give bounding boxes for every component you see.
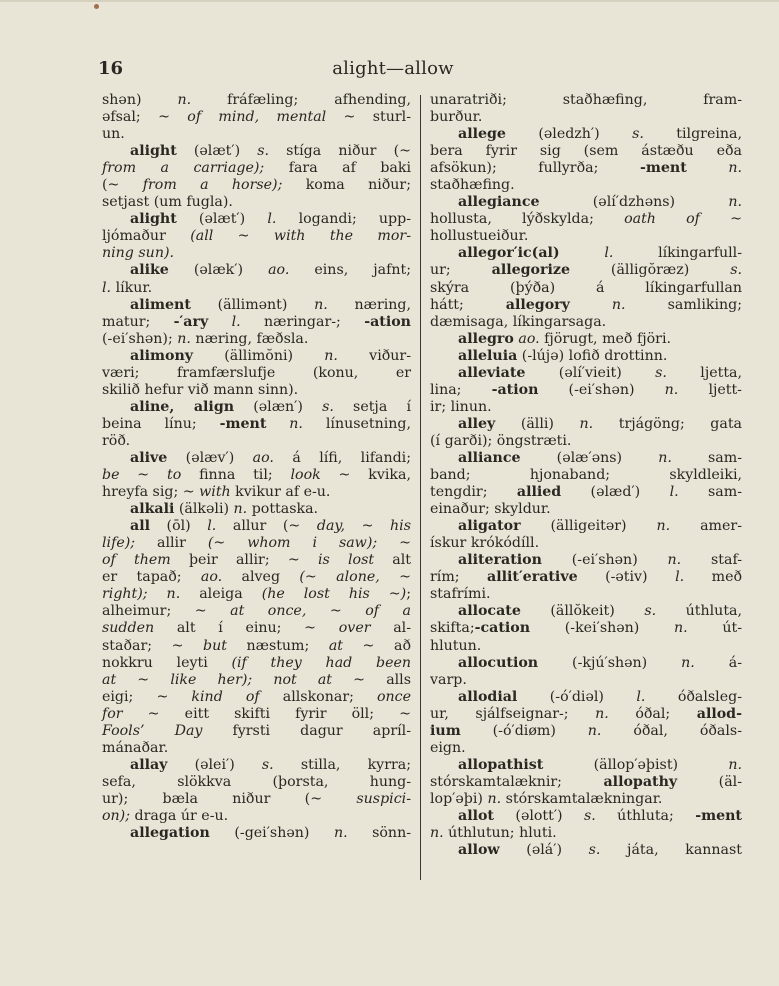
text-segment: staðar; bbox=[102, 638, 172, 654]
text-segment: fráfæling; afhending, bbox=[191, 92, 411, 108]
italic-text: n. bbox=[324, 348, 338, 364]
headword: alkali bbox=[130, 501, 174, 517]
text-line: allay (əlei′) s. stilla, kyrra; bbox=[102, 757, 411, 774]
text-segment: næstum; bbox=[227, 638, 329, 654]
text-line: röð. bbox=[102, 433, 411, 450]
text-segment: (-ei′shən) bbox=[542, 552, 668, 568]
headword: alive bbox=[130, 450, 167, 466]
text-segment: lina; bbox=[430, 382, 492, 398]
text-segment: (əlæv′) bbox=[167, 450, 252, 466]
text-segment: (ällop′əþist) bbox=[543, 757, 728, 773]
headword: -ment bbox=[640, 160, 687, 176]
text-segment: væri; framfærslufje (konu, er bbox=[102, 365, 411, 381]
text-line: skifta;-cation (-kei′shən) n. út- bbox=[430, 620, 742, 637]
text-segment: allskonar; bbox=[260, 689, 377, 705]
headword: alliance bbox=[458, 450, 521, 466]
text-line: setjast (um fugla). bbox=[102, 194, 411, 211]
text-segment: beina línu; bbox=[102, 416, 220, 432]
text-line: allot (əlott′) s. úthluta; -ment bbox=[430, 808, 742, 825]
text-line: hollustueiður. bbox=[430, 228, 742, 245]
text-segment: (əlæd′) bbox=[561, 484, 669, 500]
italic-text: n. bbox=[177, 331, 191, 347]
text-segment: lop′əþi) bbox=[430, 791, 487, 807]
italic-text: s. bbox=[655, 365, 667, 381]
text-line: eign. bbox=[430, 740, 742, 757]
headword: allod- bbox=[697, 706, 742, 722]
text-line: all (ōl) l. allur (~ day, ~ his bbox=[102, 518, 411, 535]
italic-text: be ~ to bbox=[102, 467, 181, 483]
text-segment: sefa, slökkva (þorsta, hung- bbox=[102, 774, 411, 790]
text-segment: setjast (um fugla). bbox=[102, 194, 233, 210]
italic-text: l. bbox=[670, 484, 679, 500]
text-segment: ískur krókódíll. bbox=[430, 535, 539, 551]
text-segment: stafrími. bbox=[430, 586, 491, 602]
text-segment: (-ei′shən) bbox=[538, 382, 664, 398]
text-segment: nokkru leyti bbox=[102, 655, 231, 671]
text-segment: næringar-; bbox=[241, 314, 365, 330]
text-segment: er tapað; bbox=[102, 569, 201, 585]
text-line: alleviate (əlí′vieit) s. ljetta, bbox=[430, 365, 742, 382]
text-segment: þeir allir; bbox=[171, 552, 288, 568]
text-segment: fara af baki bbox=[264, 160, 411, 176]
italic-text: look ~ bbox=[291, 467, 351, 483]
text-line: at ~ like her); not at ~ alls bbox=[102, 672, 411, 689]
headword: allegation bbox=[130, 825, 210, 841]
text-line: for ~ eitt skifti fyrir öll; ~ bbox=[102, 706, 411, 723]
headword: alight bbox=[130, 211, 177, 227]
italic-text: s. bbox=[589, 842, 601, 858]
text-segment: (-ó′diøm) bbox=[461, 723, 588, 739]
italic-text: on); bbox=[102, 808, 130, 824]
italic-text: right); n. bbox=[102, 586, 180, 602]
text-line: be ~ to finna til; look ~ kvika, bbox=[102, 467, 411, 484]
text-line: hreyfa sig; ~ with kvikur af e-u. bbox=[102, 484, 411, 501]
text-segment: kvika, bbox=[350, 467, 411, 483]
text-line: (~ from a horse); koma niður; bbox=[102, 177, 411, 194]
text-segment: ur, sjálfseignar-; bbox=[430, 706, 595, 722]
italic-text: ao. bbox=[268, 262, 289, 278]
text-segment: ljómaður bbox=[102, 228, 190, 244]
italic-text: n. bbox=[234, 501, 248, 517]
text-segment: úthluta; bbox=[596, 808, 695, 824]
text-line: bera fyrir sig (sem ástæðu eða bbox=[430, 143, 742, 160]
text-segment: band; hjonaband; skyldleiki, bbox=[430, 467, 742, 483]
headword: allegiance bbox=[458, 194, 539, 210]
text-segment: (-ó′diəl) bbox=[517, 689, 636, 705]
text-segment: un. bbox=[102, 126, 125, 142]
text-segment: hreyfa sig; bbox=[102, 484, 183, 500]
page-header: 16 alight—allow bbox=[98, 54, 688, 82]
text-segment: eigi; bbox=[102, 689, 156, 705]
text-segment: úthluta, bbox=[656, 603, 742, 619]
headword: allow bbox=[458, 842, 500, 858]
text-segment: (-gei′shən) bbox=[210, 825, 334, 841]
text-segment: (əlæt′) bbox=[177, 143, 257, 159]
text-segment: (əlí′vieit) bbox=[525, 365, 655, 381]
italic-text: n. bbox=[658, 450, 672, 466]
text-segment: mánaðar. bbox=[102, 740, 168, 756]
text-segment: samliking; bbox=[626, 297, 742, 313]
italic-text: ~ is lost bbox=[288, 552, 374, 568]
text-segment: trjágöng; gata bbox=[593, 416, 742, 432]
text-segment: ir; linun. bbox=[430, 399, 492, 415]
text-segment: (əlí′dzhəns) bbox=[539, 194, 728, 210]
text-line: hlutun. bbox=[430, 638, 742, 655]
italic-text: n. bbox=[657, 518, 671, 534]
text-segment: bera fyrir sig (sem ástæðu eða bbox=[430, 143, 742, 159]
text-line: alley (älli) n. trjágöng; gata bbox=[430, 416, 742, 433]
text-segment: (älkəli) bbox=[174, 501, 233, 517]
text-segment: fjörugt, með fjöri. bbox=[540, 331, 671, 347]
text-line: eigi; ~ kind of allskonar; once bbox=[102, 689, 411, 706]
text-line: alike (əlæk′) ao. eins, jafnt; bbox=[102, 262, 411, 279]
italic-text: n. bbox=[487, 791, 501, 807]
italic-text: (~ alone, ~ bbox=[299, 569, 411, 585]
text-segment: (əlæn′) bbox=[234, 399, 322, 415]
italic-text: l. bbox=[232, 314, 241, 330]
italic-text: n. bbox=[674, 620, 688, 636]
text-segment: stíga niður (~ bbox=[269, 143, 411, 159]
text-segment: játa, kannast bbox=[600, 842, 742, 858]
italic-text: ~ but bbox=[172, 638, 227, 654]
headword: -′ary bbox=[174, 314, 209, 330]
text-segment: alheimur; bbox=[102, 603, 195, 619]
text-line: aligator (älligeitər) n. amer- bbox=[430, 518, 742, 535]
text-segment: fyrsti dagur apríl- bbox=[202, 723, 411, 739]
italic-text: ao. bbox=[253, 450, 274, 466]
text-segment: (-lújə) lofið drottinn. bbox=[517, 348, 667, 364]
text-segment bbox=[208, 314, 231, 330]
italic-text: of them bbox=[102, 552, 171, 568]
text-segment: stilla, kyrra; bbox=[274, 757, 411, 773]
text-segment: líkingarfull- bbox=[613, 245, 742, 261]
text-segment: (-kjú′shən) bbox=[538, 655, 681, 671]
page-edge bbox=[0, 0, 779, 2]
text-segment: pottaska. bbox=[247, 501, 318, 517]
text-line: on); draga úr e-u. bbox=[102, 808, 411, 825]
text-segment: ljetta, bbox=[667, 365, 742, 381]
italic-text: ning sun). bbox=[102, 245, 174, 261]
text-line: un. bbox=[102, 126, 411, 143]
text-segment: aleiga bbox=[180, 586, 261, 602]
text-segment: sturl- bbox=[355, 109, 411, 125]
text-segment: ; bbox=[406, 586, 411, 602]
text-line: einaður; skyldur. bbox=[430, 501, 742, 518]
italic-text: once bbox=[377, 689, 411, 705]
headword: alimony bbox=[130, 348, 193, 364]
text-segment: ur; bbox=[430, 262, 492, 278]
italic-text: n. bbox=[665, 382, 679, 398]
text-segment: staðhæfing. bbox=[430, 177, 515, 193]
text-segment bbox=[266, 416, 289, 432]
text-segment: eitt skifti fyrir öll; bbox=[160, 706, 400, 722]
text-line: hátt; allegory n. samliking; bbox=[430, 297, 742, 314]
text-segment: á- bbox=[695, 655, 742, 671]
headword: aliment bbox=[130, 297, 191, 313]
headword: allegor′ic(al) bbox=[458, 245, 560, 261]
text-line: allege (əledzh′) s. tilgreina, bbox=[430, 126, 742, 143]
italic-text: s. bbox=[262, 757, 274, 773]
text-line: right); n. aleiga (he lost his ~); bbox=[102, 586, 411, 603]
headword: all bbox=[130, 518, 150, 534]
text-segment: alls bbox=[365, 672, 411, 688]
italic-text: n. bbox=[177, 92, 191, 108]
text-segment: koma niður; bbox=[282, 177, 411, 193]
text-line: stafrími. bbox=[430, 586, 742, 603]
italic-text: n. bbox=[430, 825, 444, 841]
text-segment: næring, fæðsla. bbox=[191, 331, 308, 347]
text-segment: alt bbox=[374, 552, 411, 568]
headword: allot bbox=[458, 808, 494, 824]
text-line: skýra (þýða) á líkingarfullan bbox=[430, 280, 742, 297]
headword: ium bbox=[430, 723, 461, 739]
headword: -ment bbox=[220, 416, 267, 432]
headword: -ment bbox=[695, 808, 742, 824]
text-segment: úthlutun; hluti. bbox=[444, 825, 557, 841]
headword: aligator bbox=[458, 518, 521, 534]
headword: -ation bbox=[492, 382, 539, 398]
text-segment: tengdir; bbox=[430, 484, 517, 500]
text-segment: sam- bbox=[679, 484, 742, 500]
text-line: aliment (ällimənt) n. næring, bbox=[102, 297, 411, 314]
text-segment: út- bbox=[688, 620, 742, 636]
text-line: staðar; ~ but næstum; at ~ að bbox=[102, 638, 411, 655]
text-line: allocution (-kjú′shən) n. á- bbox=[430, 655, 742, 672]
text-segment: óðal; bbox=[609, 706, 697, 722]
text-line: stórskamtalæknir; allopathy (äl- bbox=[430, 774, 742, 791]
text-segment: əfsal; bbox=[102, 109, 158, 125]
text-line: allegation (-gei′shən) n. sönn- bbox=[102, 825, 411, 842]
text-segment bbox=[570, 297, 612, 313]
headword: alight bbox=[130, 143, 177, 159]
italic-text: n. bbox=[668, 552, 682, 568]
text-segment: einaður; skyldur. bbox=[430, 501, 551, 517]
headword: allodial bbox=[458, 689, 517, 705]
running-head: alight—allow bbox=[98, 58, 688, 79]
text-segment: varp. bbox=[430, 672, 467, 688]
italic-text: Fools’ Day bbox=[102, 723, 202, 739]
italic-text: ~ from a horse); bbox=[108, 177, 283, 193]
text-segment: logandi; upp- bbox=[276, 211, 411, 227]
italic-text: from a carriage); bbox=[102, 160, 264, 176]
text-line: mánaðar. bbox=[102, 740, 411, 757]
right-column: unaratriði; staðhæfing, fram-burður.alle… bbox=[430, 92, 742, 859]
headword: alike bbox=[130, 262, 169, 278]
text-segment: sönn- bbox=[348, 825, 411, 841]
text-segment: að bbox=[374, 638, 411, 654]
text-line: unaratriði; staðhæfing, fram- bbox=[430, 92, 742, 109]
text-segment: (ällimŏni) bbox=[193, 348, 324, 364]
text-line: matur; -′ary l. næringar-; -ation bbox=[102, 314, 411, 331]
text-line: ir; linun. bbox=[430, 399, 742, 416]
italic-text: n. bbox=[580, 416, 594, 432]
italic-text: (if they had been bbox=[231, 655, 411, 671]
text-segment: (əlæ′əns) bbox=[521, 450, 659, 466]
italic-text: n. bbox=[289, 416, 303, 432]
text-segment: finna til; bbox=[181, 467, 290, 483]
text-line: ljómaður (all ~ with the mor- bbox=[102, 228, 411, 245]
text-line: staðhæfing. bbox=[430, 177, 742, 194]
text-line: alliance (əlæ′əns) n. sam- bbox=[430, 450, 742, 467]
italic-text: oath of ~ bbox=[624, 211, 742, 227]
italic-text: s. bbox=[257, 143, 269, 159]
headword: aliteration bbox=[458, 552, 542, 568]
text-segment: líkur. bbox=[111, 280, 152, 296]
text-segment: (əlá′) bbox=[500, 842, 589, 858]
text-line: allodial (-ó′diəl) l. óðalsleg- bbox=[430, 689, 742, 706]
text-segment: (älligeitər) bbox=[521, 518, 657, 534]
text-line: lina; -ation (-ei′shən) n. ljett- bbox=[430, 382, 742, 399]
text-line: afsökun); fullyrða; -ment n. bbox=[430, 160, 742, 177]
text-segment: stórskamtalækningar. bbox=[501, 791, 662, 807]
text-line: n. úthlutun; hluti. bbox=[430, 825, 742, 842]
text-line: ur, sjálfseignar-; n. óðal; allod- bbox=[430, 706, 742, 723]
text-segment: burður. bbox=[430, 109, 482, 125]
text-segment: á lífi, lifandi; bbox=[274, 450, 411, 466]
italic-text: l. bbox=[102, 280, 111, 296]
text-line: life); allir (~ whom i saw); ~ bbox=[102, 535, 411, 552]
text-segment: (ōl) bbox=[150, 518, 207, 534]
text-segment: skýra (þýða) á líkingarfullan bbox=[430, 280, 742, 296]
text-segment: (əlæt′) bbox=[177, 211, 268, 227]
italic-text: s. bbox=[322, 399, 334, 415]
text-line: shən) n. fráfæling; afhending, bbox=[102, 92, 411, 109]
text-segment: (í garði); öngstræti. bbox=[430, 433, 571, 449]
italic-text: at ~ bbox=[329, 638, 375, 654]
text-line: alight (əlæt′) l. logandi; upp- bbox=[102, 211, 411, 228]
text-segment: staf- bbox=[681, 552, 742, 568]
text-line: nokkru leyti (if they had been bbox=[102, 655, 411, 672]
italic-text: ~ with bbox=[183, 484, 231, 500]
text-line: væri; framfærslufje (konu, er bbox=[102, 365, 411, 382]
text-segment: (-ətiv) bbox=[578, 569, 675, 585]
text-line: tengdir; allied (əlæd′) l. sam- bbox=[430, 484, 742, 501]
text-line: band; hjonaband; skyldleiki, bbox=[430, 467, 742, 484]
italic-text: l. bbox=[207, 518, 216, 534]
text-segment: næring, bbox=[328, 297, 411, 313]
text-segment: hátt; bbox=[430, 297, 506, 313]
italic-text: for ~ bbox=[102, 706, 160, 722]
headword: alleviate bbox=[458, 365, 525, 381]
text-line: alight (əlæt′) s. stíga niður (~ bbox=[102, 143, 411, 160]
text-line: Fools’ Day fyrsti dagur apríl- bbox=[102, 723, 411, 740]
text-line: ur); bæla niður (~ suspici- bbox=[102, 791, 411, 808]
text-segment: (əlei′) bbox=[167, 757, 261, 773]
text-line: alive (əlæv′) ao. á lífi, lifandi; bbox=[102, 450, 411, 467]
italic-text: ao. bbox=[518, 331, 539, 347]
text-line: allegor′ic(al) l. líkingarfull- bbox=[430, 245, 742, 262]
text-line: aline, align (əlæn′) s. setja í bbox=[102, 399, 411, 416]
text-line: lop′əþi) n. stórskamtalækningar. bbox=[430, 791, 742, 808]
headword: allit′erative bbox=[487, 569, 578, 585]
text-line: ískur krókódíll. bbox=[430, 535, 742, 552]
text-segment: dæmisaga, líkingarsaga. bbox=[430, 314, 606, 330]
text-line: alkali (älkəli) n. pottaska. bbox=[102, 501, 411, 518]
italic-text: ~ at once, ~ of a bbox=[195, 603, 411, 619]
text-segment: (əlæk′) bbox=[169, 262, 268, 278]
text-segment: hollustueiður. bbox=[430, 228, 528, 244]
text-line: allegro ao. fjörugt, með fjöri. bbox=[430, 331, 742, 348]
text-segment: (ällŏkeit) bbox=[521, 603, 644, 619]
text-segment: rím; bbox=[430, 569, 487, 585]
italic-text: suspici- bbox=[356, 791, 411, 807]
headword: allegro bbox=[458, 331, 514, 347]
text-segment: eins, jafnt; bbox=[289, 262, 411, 278]
text-line: aliteration (-ei′shən) n. staf- bbox=[430, 552, 742, 569]
headword: aline, align bbox=[130, 399, 234, 415]
text-line: (í garði); öngstræti. bbox=[430, 433, 742, 450]
column-divider bbox=[420, 95, 421, 880]
text-segment: línusetning, bbox=[303, 416, 411, 432]
text-segment: óðal, óðals- bbox=[601, 723, 742, 739]
text-segment: setja í bbox=[334, 399, 411, 415]
italic-text: n. bbox=[728, 160, 742, 176]
italic-text: (~ whom i saw); ~ bbox=[208, 535, 411, 551]
italic-text: n. bbox=[334, 825, 348, 841]
italic-text: sudden bbox=[102, 620, 154, 636]
text-line: (-ei′shən); n. næring, fæðsla. bbox=[102, 331, 411, 348]
headword: allegorize bbox=[492, 262, 570, 278]
italic-text: s. bbox=[632, 126, 644, 142]
headword: allopathist bbox=[458, 757, 543, 773]
text-segment: (älli) bbox=[495, 416, 579, 432]
text-line: sefa, slökkva (þorsta, hung- bbox=[102, 774, 411, 791]
italic-text: n. bbox=[612, 297, 626, 313]
italic-text: s. bbox=[730, 262, 742, 278]
italic-text: ~ bbox=[399, 706, 411, 722]
text-line: əfsal; ~ of mind, mental ~ sturl- bbox=[102, 109, 411, 126]
headword: allay bbox=[130, 757, 167, 773]
text-segment: (əledzh′) bbox=[506, 126, 632, 142]
text-line: from a carriage); fara af baki bbox=[102, 160, 411, 177]
italic-text: n. bbox=[681, 655, 695, 671]
text-segment: kvikur af e-u. bbox=[231, 484, 331, 500]
text-segment: (əlott′) bbox=[494, 808, 584, 824]
headword: alley bbox=[458, 416, 495, 432]
italic-text: l. bbox=[675, 569, 684, 585]
italic-text: s. bbox=[644, 603, 656, 619]
headword: allopathy bbox=[603, 774, 677, 790]
text-segment: matur; bbox=[102, 314, 174, 330]
text-line: varp. bbox=[430, 672, 742, 689]
text-segment: afsökun); fullyrða; bbox=[430, 160, 640, 176]
text-segment: skilið hefur við mann sinn). bbox=[102, 382, 298, 398]
headword: allegory bbox=[506, 297, 570, 313]
italic-text: (he lost his ~) bbox=[262, 586, 407, 602]
text-segment: draga úr e-u. bbox=[130, 808, 228, 824]
text-line: ning sun). bbox=[102, 245, 411, 262]
italic-text: n. bbox=[595, 706, 609, 722]
text-segment: röð. bbox=[102, 433, 130, 449]
text-line: allocate (ällŏkeit) s. úthluta, bbox=[430, 603, 742, 620]
text-segment: óðalsleg- bbox=[645, 689, 742, 705]
text-line: er tapað; ao. alveg (~ alone, ~ bbox=[102, 569, 411, 586]
text-segment: (-kei′shən) bbox=[530, 620, 674, 636]
headword: -cation bbox=[475, 620, 530, 636]
text-segment: shən) bbox=[102, 92, 177, 108]
text-line: alheimur; ~ at once, ~ of a bbox=[102, 603, 411, 620]
text-line: alimony (ällimŏni) n. viður- bbox=[102, 348, 411, 365]
text-segment: ur); bæla niður (~ bbox=[102, 791, 356, 807]
italic-text: (all ~ with the mor- bbox=[190, 228, 411, 244]
italic-text: life); bbox=[102, 535, 135, 551]
text-segment: eign. bbox=[430, 740, 466, 756]
text-line: hollusta, lýðskylda; oath of ~ bbox=[430, 211, 742, 228]
italic-text: ~ over bbox=[304, 620, 370, 636]
text-line: alleluia (-lújə) lofið drottinn. bbox=[430, 348, 742, 365]
text-segment: allur ( bbox=[216, 518, 288, 534]
text-segment: sam- bbox=[672, 450, 742, 466]
